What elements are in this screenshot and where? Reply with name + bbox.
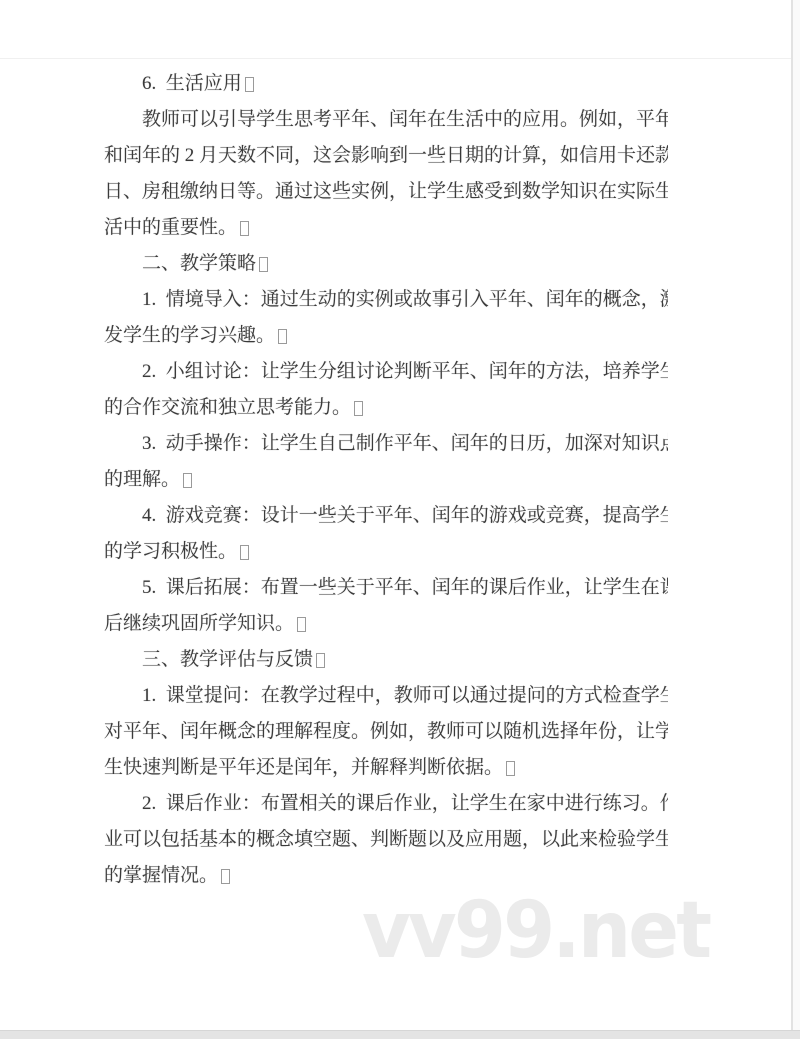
text-line: 的学习积极性。 — [104, 534, 668, 570]
paragraph-mark-icon — [240, 221, 249, 236]
text-line: 发学生的学习兴趣。 — [104, 318, 668, 354]
paragraph-mark-icon — [245, 77, 254, 92]
text-line: 活中的重要性。 — [104, 210, 668, 246]
top-divider — [0, 58, 792, 59]
bottom-bar — [0, 1030, 800, 1039]
watermark-text: vv99.net — [362, 886, 709, 976]
paragraph-mark-icon — [259, 257, 268, 272]
text-line: 5. 课后拓展：布置一些关于平年、闰年的课后作业，让学生在课 — [104, 570, 668, 606]
text-line: 日、房租缴纳日等。通过这些实例，让学生感受到数学知识在实际生 — [104, 174, 668, 210]
paragraph-mark-icon — [278, 329, 287, 344]
text-line: 后继续巩固所学知识。 — [104, 606, 668, 642]
text-line: 教师可以引导学生思考平年、闰年在生活中的应用。例如，平年 — [104, 102, 668, 138]
page-edge-strip — [793, 0, 800, 1039]
text-line: 二、教学策略 — [104, 246, 668, 282]
text-line: 4. 游戏竞赛：设计一些关于平年、闰年的游戏或竞赛，提高学生 — [104, 498, 668, 534]
paragraph-mark-icon — [506, 761, 515, 776]
page-edge-line — [791, 0, 793, 1039]
text-line: 2. 课后作业：布置相关的课后作业，让学生在家中进行练习。作 — [104, 786, 668, 822]
text-line: 对平年、闰年概念的理解程度。例如，教师可以随机选择年份，让学 — [104, 714, 668, 750]
text-line: 的合作交流和独立思考能力。 — [104, 390, 668, 426]
text-line: 生快速判断是平年还是闰年，并解释判断依据。 — [104, 750, 668, 786]
paragraph-mark-icon — [183, 473, 192, 488]
paragraph-mark-icon — [221, 869, 230, 884]
text-line: 三、教学评估与反馈 — [104, 642, 668, 678]
paragraph-mark-icon — [354, 401, 363, 416]
text-line: 6. 生活应用 — [104, 66, 668, 102]
paragraph-mark-icon — [316, 653, 325, 668]
text-line: 的理解。 — [104, 462, 668, 498]
paragraph-mark-icon — [297, 617, 306, 632]
text-line: 1. 情境导入：通过生动的实例或故事引入平年、闰年的概念，激 — [104, 282, 668, 318]
paragraph-mark-icon — [240, 545, 249, 560]
document-body: 6. 生活应用教师可以引导学生思考平年、闰年在生活中的应用。例如，平年和闰年的 … — [104, 66, 668, 894]
text-line: 3. 动手操作：让学生自己制作平年、闰年的日历，加深对知识点 — [104, 426, 668, 462]
text-line: 业可以包括基本的概念填空题、判断题以及应用题，以此来检验学生 — [104, 822, 668, 858]
text-line: 和闰年的 2 月天数不同，这会影响到一些日期的计算，如信用卡还款 — [104, 138, 668, 174]
text-line: 1. 课堂提问：在教学过程中，教师可以通过提问的方式检查学生 — [104, 678, 668, 714]
text-line: 2. 小组讨论：让学生分组讨论判断平年、闰年的方法，培养学生 — [104, 354, 668, 390]
